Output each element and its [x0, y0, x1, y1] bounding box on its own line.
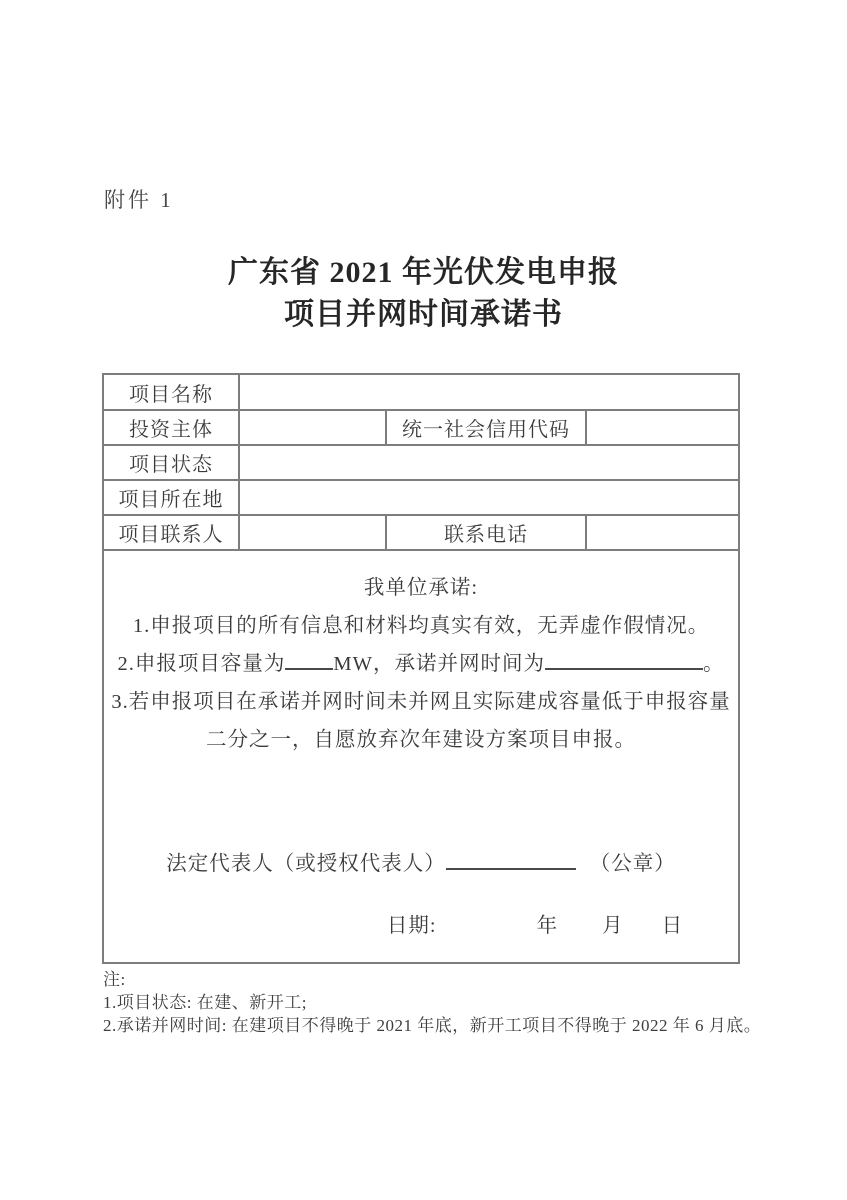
signature-blank-field: [446, 848, 576, 869]
project-contact-value-cell: [239, 515, 386, 550]
commitment-cell: 我单位承诺: 1.申报项目的所有信息和材料均真实有效，无弄虚作假情况。 2.申报…: [103, 550, 739, 963]
date-year-label: 年: [537, 915, 559, 937]
signature-label: 法定代表人（或授权代表人）: [166, 853, 446, 875]
table-row: 我单位承诺: 1.申报项目的所有信息和材料均真实有效，无弄虚作假情况。 2.申报…: [103, 550, 739, 963]
project-info-table: 项目名称 投资主体 统一社会信用代码 项目状态 项目所在地 项目联系人 联系电话…: [102, 373, 740, 964]
table-row: 项目联系人 联系电话: [103, 515, 739, 550]
document-title: 广东省 2021 年光伏发电申报 项目并网时间承诺书: [0, 252, 847, 336]
signature-line: 法定代表人（或授权代表人）（公章）: [104, 845, 738, 883]
date-day-label: 日: [662, 915, 684, 937]
commitment-item2-middle: MW，承诺并网时间为: [333, 653, 545, 675]
contact-phone-value-cell: [586, 515, 739, 550]
credit-code-value-cell: [586, 410, 739, 445]
project-location-value-cell: [239, 480, 739, 515]
table-row: 项目所在地: [103, 480, 739, 515]
table-row: 项目状态: [103, 445, 739, 480]
commitment-item-3: 3.若申报项目在承诺并网时间未并网且实际建成容量低于申报容量二分之一，自愿放弃次…: [104, 683, 738, 759]
project-status-label: 项目状态: [103, 445, 239, 480]
investor-value-cell: [239, 410, 386, 445]
table-row: 投资主体 统一社会信用代码: [103, 410, 739, 445]
commitment-item-2: 2.申报项目容量为MW，承诺并网时间为。: [104, 645, 738, 683]
commitment-item2-suffix: 。: [703, 653, 725, 675]
attachment-label: 附件 1: [104, 184, 174, 214]
date-line: 日期:年月日: [104, 907, 738, 945]
commitment-item2-prefix: 2.申报项目容量为: [118, 653, 286, 675]
date-month-label: 月: [602, 915, 624, 937]
grid-time-blank-field: [545, 648, 703, 669]
footnote-item-1: 1.项目状态: 在建、新开工;: [103, 991, 763, 1014]
footnote-item-2: 2.承诺并网时间: 在建项目不得晚于 2021 年底，新开工项目不得晚于 202…: [103, 1014, 763, 1037]
project-status-value-cell: [239, 445, 739, 480]
table-row: 项目名称: [103, 374, 739, 410]
date-label: 日期:: [387, 915, 437, 937]
credit-code-label: 统一社会信用代码: [386, 410, 586, 445]
contact-phone-label: 联系电话: [386, 515, 586, 550]
capacity-blank-field: [285, 648, 333, 669]
footnote-heading: 注:: [103, 968, 763, 991]
project-name-value-cell: [239, 374, 739, 410]
commitment-heading: 我单位承诺:: [104, 569, 738, 607]
project-location-label: 项目所在地: [103, 480, 239, 515]
investor-label: 投资主体: [103, 410, 239, 445]
document-title-line1: 广东省 2021 年光伏发电申报: [0, 252, 847, 294]
footnotes: 注: 1.项目状态: 在建、新开工; 2.承诺并网时间: 在建项目不得晚于 20…: [103, 968, 763, 1037]
project-contact-label: 项目联系人: [103, 515, 239, 550]
seal-label: （公章）: [590, 853, 676, 875]
document-title-line2: 项目并网时间承诺书: [0, 294, 847, 336]
commitment-item-1: 1.申报项目的所有信息和材料均真实有效，无弄虚作假情况。: [104, 607, 738, 645]
document-page: 附件 1 广东省 2021 年光伏发电申报 项目并网时间承诺书 项目名称 投资主…: [0, 0, 847, 1200]
project-name-label: 项目名称: [103, 374, 239, 410]
